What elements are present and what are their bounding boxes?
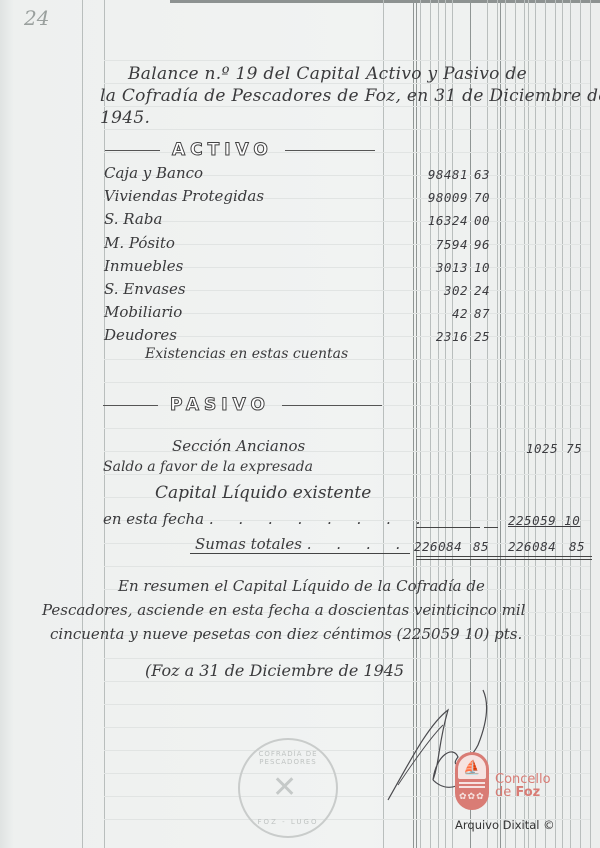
activo-item-pesetas: 42	[420, 306, 468, 321]
cofradia-stamp: COFRADÍA DE PESCADORES ✕ FOZ - LUGO	[238, 738, 338, 838]
activo-note: Existencias en estas cuentas	[145, 346, 348, 362]
activo-item-centimos: 87	[474, 306, 490, 321]
logo-de: de	[495, 785, 511, 800]
activo-item-pesetas: 2316	[420, 329, 468, 344]
activo-item-pesetas: 7594	[420, 237, 468, 252]
ruling-line	[82, 0, 83, 848]
summary-line-2: Pescadores, asciende en esta fecha a dos…	[42, 601, 525, 619]
activo-item-pesetas: 302	[420, 283, 468, 298]
capital-line-1: Capital Líquido existente	[155, 483, 371, 503]
capital-amount: 225059 10	[508, 513, 580, 528]
sumas-haber-centimos: 85	[569, 539, 585, 554]
faint-row-line	[104, 750, 590, 751]
total-double-rule-1	[416, 556, 592, 557]
activo-item-pesetas: 98009	[420, 190, 468, 205]
activo-item-centimos: 96	[474, 237, 490, 252]
faint-row-line	[104, 221, 590, 222]
ruling-line	[555, 0, 556, 848]
activo-item-pesetas: 16324	[420, 213, 468, 228]
place-date: (Foz a 31 de Diciembre de 1945	[145, 661, 404, 680]
concello-foz-logo-text: Concello de Foz	[495, 773, 551, 799]
saldo-line: Saldo a favor de la expresada	[103, 459, 313, 475]
seccion-ancianos-amount: 1025 75	[526, 441, 582, 456]
pasivo-heading: PASIVO	[103, 395, 382, 415]
title-line-1: Balance n.º 19 del Capital Activo y Pasi…	[128, 64, 527, 84]
ruling-line	[505, 0, 506, 848]
activo-item-label: Viviendas Protegidas	[104, 187, 264, 205]
logo-foz: Foz	[515, 785, 540, 800]
ruling-line	[524, 0, 525, 848]
activo-item-label: S. Envases	[104, 280, 186, 298]
capital-line-2: en esta fecha . . . . . . . .	[103, 510, 430, 528]
ruling-line	[535, 0, 536, 848]
activo-item-label: Inmuebles	[104, 257, 183, 275]
activo-item-centimos: 70	[474, 190, 490, 205]
archive-label: Arquivo Dixital ©	[455, 818, 555, 832]
concello-foz-ship-icon: ⛵ ✿✿✿	[455, 752, 489, 810]
activo-item-centimos: 63	[474, 167, 490, 182]
ruling-line	[528, 0, 529, 848]
folio-number: 24	[24, 6, 49, 30]
activo-item-pesetas: 98481	[420, 167, 468, 182]
activo-heading-text: ACTIVO	[172, 140, 273, 160]
faint-row-line	[104, 382, 590, 383]
faint-row-line	[104, 704, 590, 705]
debe-cents-rule	[484, 527, 498, 528]
activo-item-centimos: 00	[474, 213, 490, 228]
ruling-line	[500, 0, 501, 848]
activo-item-label: Deudores	[104, 326, 177, 344]
ruling-line	[590, 0, 591, 848]
ledger-page: 24 Balance n.º 19 del Capital Activo y P…	[0, 0, 600, 848]
faint-row-line	[104, 106, 590, 107]
activo-item-centimos: 24	[474, 283, 490, 298]
sumas-debe-centimos: 85	[473, 539, 489, 554]
activo-item-label: S. Raba	[104, 210, 162, 228]
debe-rule	[416, 527, 480, 528]
activo-item-label: Caja y Banco	[104, 164, 203, 182]
faint-row-line	[104, 244, 590, 245]
crossed-keys-icon: ✕	[272, 770, 297, 805]
ruling-line	[515, 0, 516, 848]
title-line-2: la Cofradía de Pescadores de Foz, en 31 …	[100, 86, 600, 106]
title-line-3: 1945.	[100, 108, 150, 128]
activo-heading: ACTIVO	[105, 140, 375, 160]
activo-item-pesetas: 3013	[420, 260, 468, 275]
summary-line-1: En resumen el Capital Líquido de la Cofr…	[118, 577, 485, 595]
stamp-bottom-text: FOZ - LUGO	[240, 818, 336, 826]
capital-line-2-text: en esta fecha	[103, 510, 204, 528]
leader-dots: . . . .	[307, 535, 410, 553]
leader-dots: . . . . . . . .	[209, 510, 431, 528]
stamp-top-text: COFRADÍA DE PESCADORES	[240, 750, 336, 766]
ruling-line	[545, 0, 546, 848]
faint-row-line	[104, 129, 590, 130]
sumas-underline	[190, 553, 410, 554]
logo-line-2: de Foz	[495, 786, 551, 799]
faint-row-line	[104, 658, 590, 659]
summary-line-3: cincuenta y nueve pesetas con diez cénti…	[50, 625, 522, 643]
activo-item-centimos: 10	[474, 260, 490, 275]
ruling-line	[562, 0, 563, 848]
activo-item-label: M. Pósito	[104, 234, 175, 252]
ruling-line	[570, 0, 571, 848]
sumas-haber-pesetas: 226084	[508, 539, 556, 554]
sumas-label: Sumas totales	[195, 535, 302, 553]
pasivo-heading-text: PASIVO	[170, 395, 270, 415]
faint-row-line	[104, 727, 590, 728]
total-double-rule-2	[416, 559, 592, 560]
faint-row-line	[104, 566, 590, 567]
faint-row-line	[104, 428, 590, 429]
ruling-line	[580, 0, 581, 848]
faint-row-line	[104, 60, 590, 61]
sumas-totales: Sumas totales . . . .	[195, 535, 410, 553]
activo-item-label: Mobiliario	[104, 303, 182, 321]
seccion-ancianos-label: Sección Ancianos	[172, 437, 305, 455]
faint-row-line	[104, 681, 590, 682]
sumas-debe-pesetas: 226084	[414, 539, 462, 554]
activo-item-centimos: 25	[474, 329, 490, 344]
